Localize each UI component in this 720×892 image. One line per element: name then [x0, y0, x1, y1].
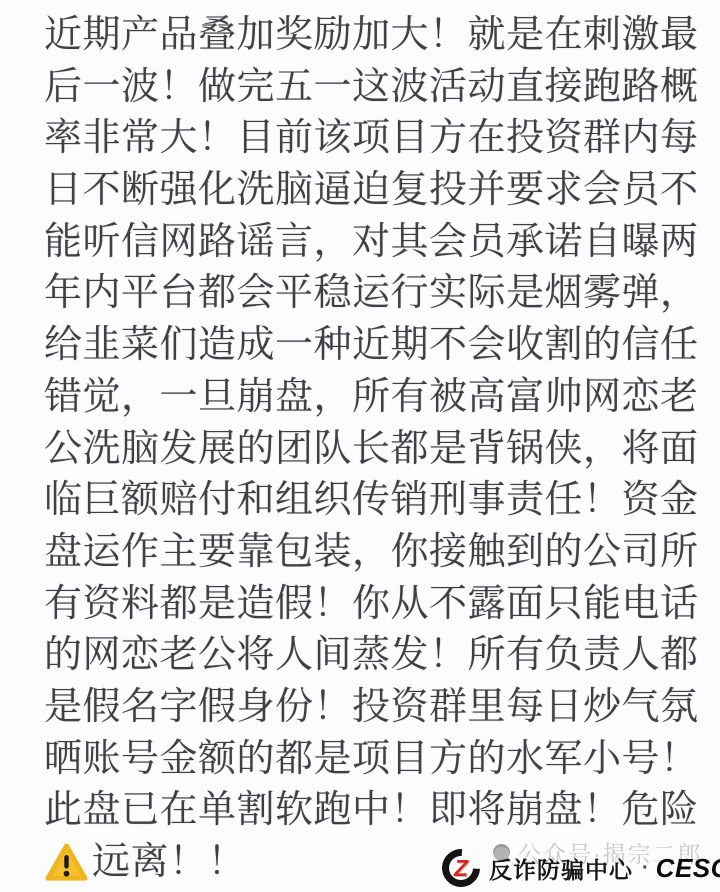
- brand-logo-letter: Z: [442, 849, 480, 887]
- warning-line-text: 远离！！: [92, 837, 246, 889]
- body-text-line: 能听信网路谣言，对其会员承诺自曝两: [44, 217, 704, 269]
- article-text: 近期产品叠加奖励加大！就是在刺激最 后一波！做完五一这波活动直接跑路概 率非常大…: [44, 10, 704, 889]
- body-text-line: 公洗脑发展的团队长都是背锅侠，将面: [44, 424, 704, 476]
- body-text-line: 的网恋老公将人间蒸发！所有负责人都: [44, 630, 704, 682]
- body-text-line: 错觉，一旦崩盘，所有被高富帅网恋老: [44, 372, 704, 424]
- warning-triangle-icon: [44, 842, 89, 883]
- body-text-line: 给韭菜们造成一种近期不会收割的信任: [44, 320, 704, 372]
- brand-watermark: Z 反诈防骗中心 · CESC.CC: [442, 849, 720, 887]
- body-text-line: 临巨额赔付和组织传销刑事责任！资金: [44, 475, 704, 527]
- brand-name: 反诈防骗中心: [489, 852, 633, 885]
- body-text-line: 盘运作主要靠包装，你接触到的公司所: [44, 527, 704, 579]
- body-text-line: 率非常大！目前该项目方在投资群内每: [44, 113, 704, 165]
- body-text-line: 是假名字假身份！投资群里每日炒气氛: [44, 682, 704, 734]
- body-text-line: 晒账号金额的都是项目方的水军小号！: [44, 734, 704, 786]
- brand-logo-icon: Z: [442, 849, 480, 887]
- body-text-line: 近期产品叠加奖励加大！就是在刺激最: [44, 10, 704, 62]
- body-text-line: 有资料都是造假！你从不露面只能电话: [44, 579, 704, 631]
- page-root: { "page": { "background": "#fcfcfc", "te…: [0, 0, 720, 892]
- body-text-line: 日不断强化洗脑逼迫复投并要求会员不: [44, 165, 704, 217]
- body-text-line: 此盘已在单割软跑中！即将崩盘！危险: [44, 785, 704, 837]
- body-text-line: 后一波！做完五一这波活动直接跑路概: [44, 62, 704, 114]
- brand-site: CESC.CC: [656, 853, 720, 884]
- body-text-line: 年内平台都会平稳运行实际是烟雾弹，: [44, 268, 704, 320]
- brand-separator: ·: [642, 857, 649, 880]
